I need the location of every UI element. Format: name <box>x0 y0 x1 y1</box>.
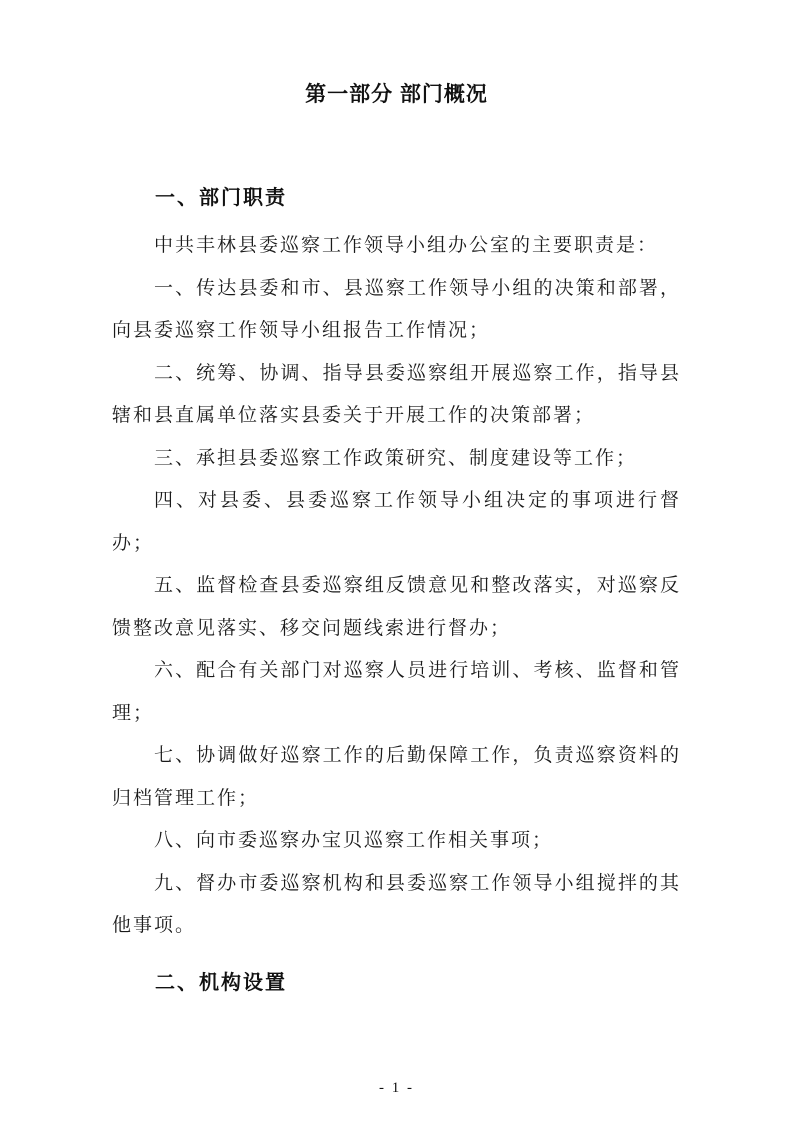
section-heading-department-duties: 一、部门职责 <box>112 183 681 213</box>
paragraph-duty-4: 四、对县委、县委巡察工作领导小组决定的事项进行督办； <box>112 480 681 565</box>
section-heading-organization-setup: 二、机构设置 <box>112 968 681 998</box>
paragraph-duty-8: 八、向市委巡察办宝贝巡察工作相关事项； <box>112 820 681 863</box>
paragraph-duty-6: 六、配合有关部门对巡察人员进行培训、考核、监督和管理； <box>112 650 681 735</box>
section-body-department-duties: 中共丰林县委巡察工作领导小组办公室的主要职责是： 一、传达县委和市、县巡察工作领… <box>112 225 681 948</box>
paragraph-duty-5: 五、监督检查县委巡察组反馈意见和整改落实，对巡察反馈整改意见落实、移交问题线索进… <box>112 565 681 650</box>
paragraph-duty-3: 三、承担县委巡察工作政策研究、制度建设等工作； <box>112 438 681 481</box>
document-page: 第一部分 部门概况 一、部门职责 中共丰林县委巡察工作领导小组办公室的主要职责是… <box>0 0 793 1122</box>
paragraph-duty-9: 九、督办市委巡察机构和县委巡察工作领导小组搅拌的其他事项。 <box>112 863 681 948</box>
document-content: 第一部分 部门概况 一、部门职责 中共丰林县委巡察工作领导小组办公室的主要职责是… <box>0 0 793 998</box>
page-number: - 1 - <box>0 1080 793 1097</box>
paragraph-duty-7: 七、协调做好巡察工作的后勤保障工作，负责巡察资料的归档管理工作； <box>112 735 681 820</box>
paragraph-intro: 中共丰林县委巡察工作领导小组办公室的主要职责是： <box>112 225 681 268</box>
paragraph-duty-2: 二、统筹、协调、指导县委巡察组开展巡察工作，指导县辖和县直属单位落实县委关于开展… <box>112 353 681 438</box>
paragraph-duty-1: 一、传达县委和市、县巡察工作领导小组的决策和部署，向县委巡察工作领导小组报告工作… <box>112 268 681 353</box>
document-title: 第一部分 部门概况 <box>112 0 681 110</box>
